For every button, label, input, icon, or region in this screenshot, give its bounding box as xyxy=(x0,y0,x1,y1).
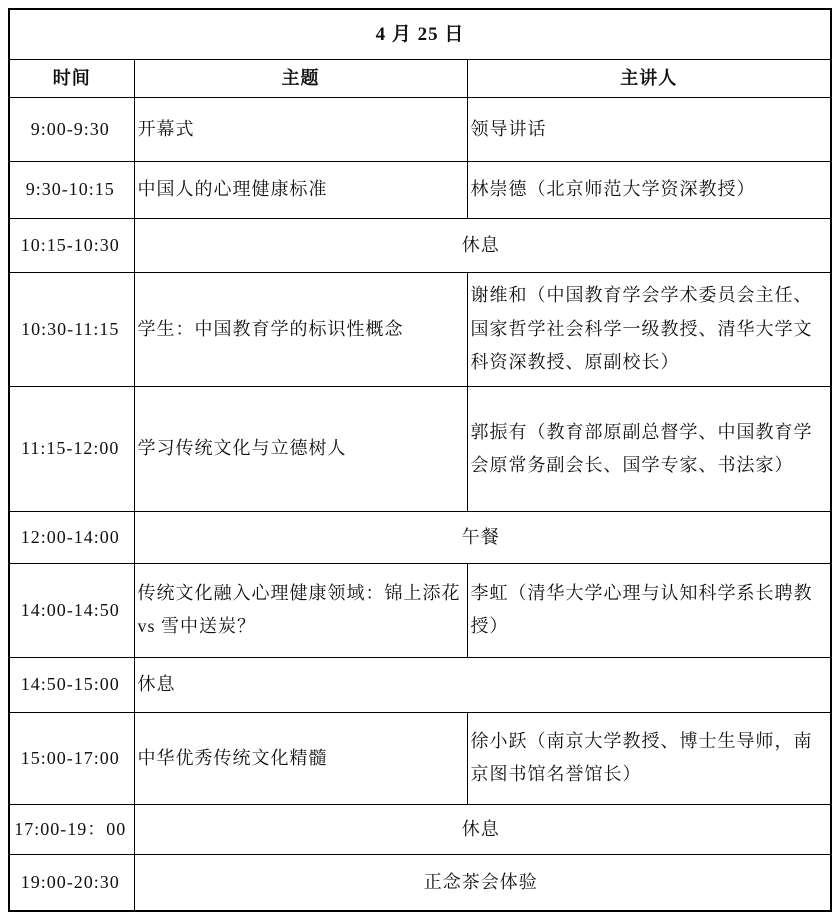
table-row-activity: 19:00-20:30 正念茶会体验 xyxy=(9,854,831,911)
table-row: 14:00-14:50 传统文化融入心理健康领域：锦上添花 vs 雪中送炭？ 李… xyxy=(9,563,831,657)
time-cell: 19:00-20:30 xyxy=(9,854,134,911)
topic-cell: 中华优秀传统文化精髓 xyxy=(134,712,467,804)
lunch-cell: 午餐 xyxy=(134,511,831,563)
table-row-break: 17:00-19：00 休息 xyxy=(9,804,831,854)
table-row: 9:00-9:30 开幕式 领导讲话 xyxy=(9,97,831,161)
table-row: 15:00-17:00 中华优秀传统文化精髓 徐小跃（南京大学教授、博士生导师，… xyxy=(9,712,831,804)
speaker-cell: 谢维和（中国教育学会学术委员会主任、国家哲学社会科学一级教授、清华大学文科资深教… xyxy=(467,272,831,386)
table-row-break: 14:50-15:00 休息 xyxy=(9,657,831,712)
time-cell: 11:15-12:00 xyxy=(9,386,134,511)
column-header-topic: 主题 xyxy=(134,59,467,97)
schedule-table: 4 月 25 日 时间 主题 主讲人 9:00-9:30 开幕式 领导讲话 9:… xyxy=(8,8,832,912)
speaker-cell: 李虹（清华大学心理与认知科学系长聘教授） xyxy=(467,563,831,657)
speaker-cell: 领导讲话 xyxy=(467,97,831,161)
time-cell: 17:00-19：00 xyxy=(9,804,134,854)
time-cell: 15:00-17:00 xyxy=(9,712,134,804)
activity-cell: 正念茶会体验 xyxy=(134,854,831,911)
topic-cell: 开幕式 xyxy=(134,97,467,161)
topic-cell: 传统文化融入心理健康领域：锦上添花 vs 雪中送炭？ xyxy=(134,563,467,657)
break-cell: 休息 xyxy=(134,218,831,272)
time-cell: 9:00-9:30 xyxy=(9,97,134,161)
time-cell: 12:00-14:00 xyxy=(9,511,134,563)
table-title: 4 月 25 日 xyxy=(9,9,831,59)
table-row: 9:30-10:15 中国人的心理健康标准 林崇德（北京师范大学资深教授） xyxy=(9,161,831,218)
topic-cell: 学生：中国教育学的标识性概念 xyxy=(134,272,467,386)
time-cell: 10:15-10:30 xyxy=(9,218,134,272)
time-cell: 10:30-11:15 xyxy=(9,272,134,386)
topic-cell: 中国人的心理健康标准 xyxy=(134,161,467,218)
break-cell: 休息 xyxy=(134,657,831,712)
time-cell: 14:50-15:00 xyxy=(9,657,134,712)
speaker-cell: 徐小跃（南京大学教授、博士生导师，南京图书馆名誉馆长） xyxy=(467,712,831,804)
break-cell: 休息 xyxy=(134,804,831,854)
speaker-cell: 林崇德（北京师范大学资深教授） xyxy=(467,161,831,218)
table-row-break: 10:15-10:30 休息 xyxy=(9,218,831,272)
column-header-speaker: 主讲人 xyxy=(467,59,831,97)
time-cell: 14:00-14:50 xyxy=(9,563,134,657)
speaker-cell: 郭振有（教育部原副总督学、中国教育学会原常务副会长、国学专家、书法家） xyxy=(467,386,831,511)
column-header-time: 时间 xyxy=(9,59,134,97)
table-row-lunch: 12:00-14:00 午餐 xyxy=(9,511,831,563)
table-header-row: 时间 主题 主讲人 xyxy=(9,59,831,97)
table-row: 11:15-12:00 学习传统文化与立德树人 郭振有（教育部原副总督学、中国教… xyxy=(9,386,831,511)
time-cell: 9:30-10:15 xyxy=(9,161,134,218)
table-row: 10:30-11:15 学生：中国教育学的标识性概念 谢维和（中国教育学会学术委… xyxy=(9,272,831,386)
table-title-row: 4 月 25 日 xyxy=(9,9,831,59)
topic-cell: 学习传统文化与立德树人 xyxy=(134,386,467,511)
